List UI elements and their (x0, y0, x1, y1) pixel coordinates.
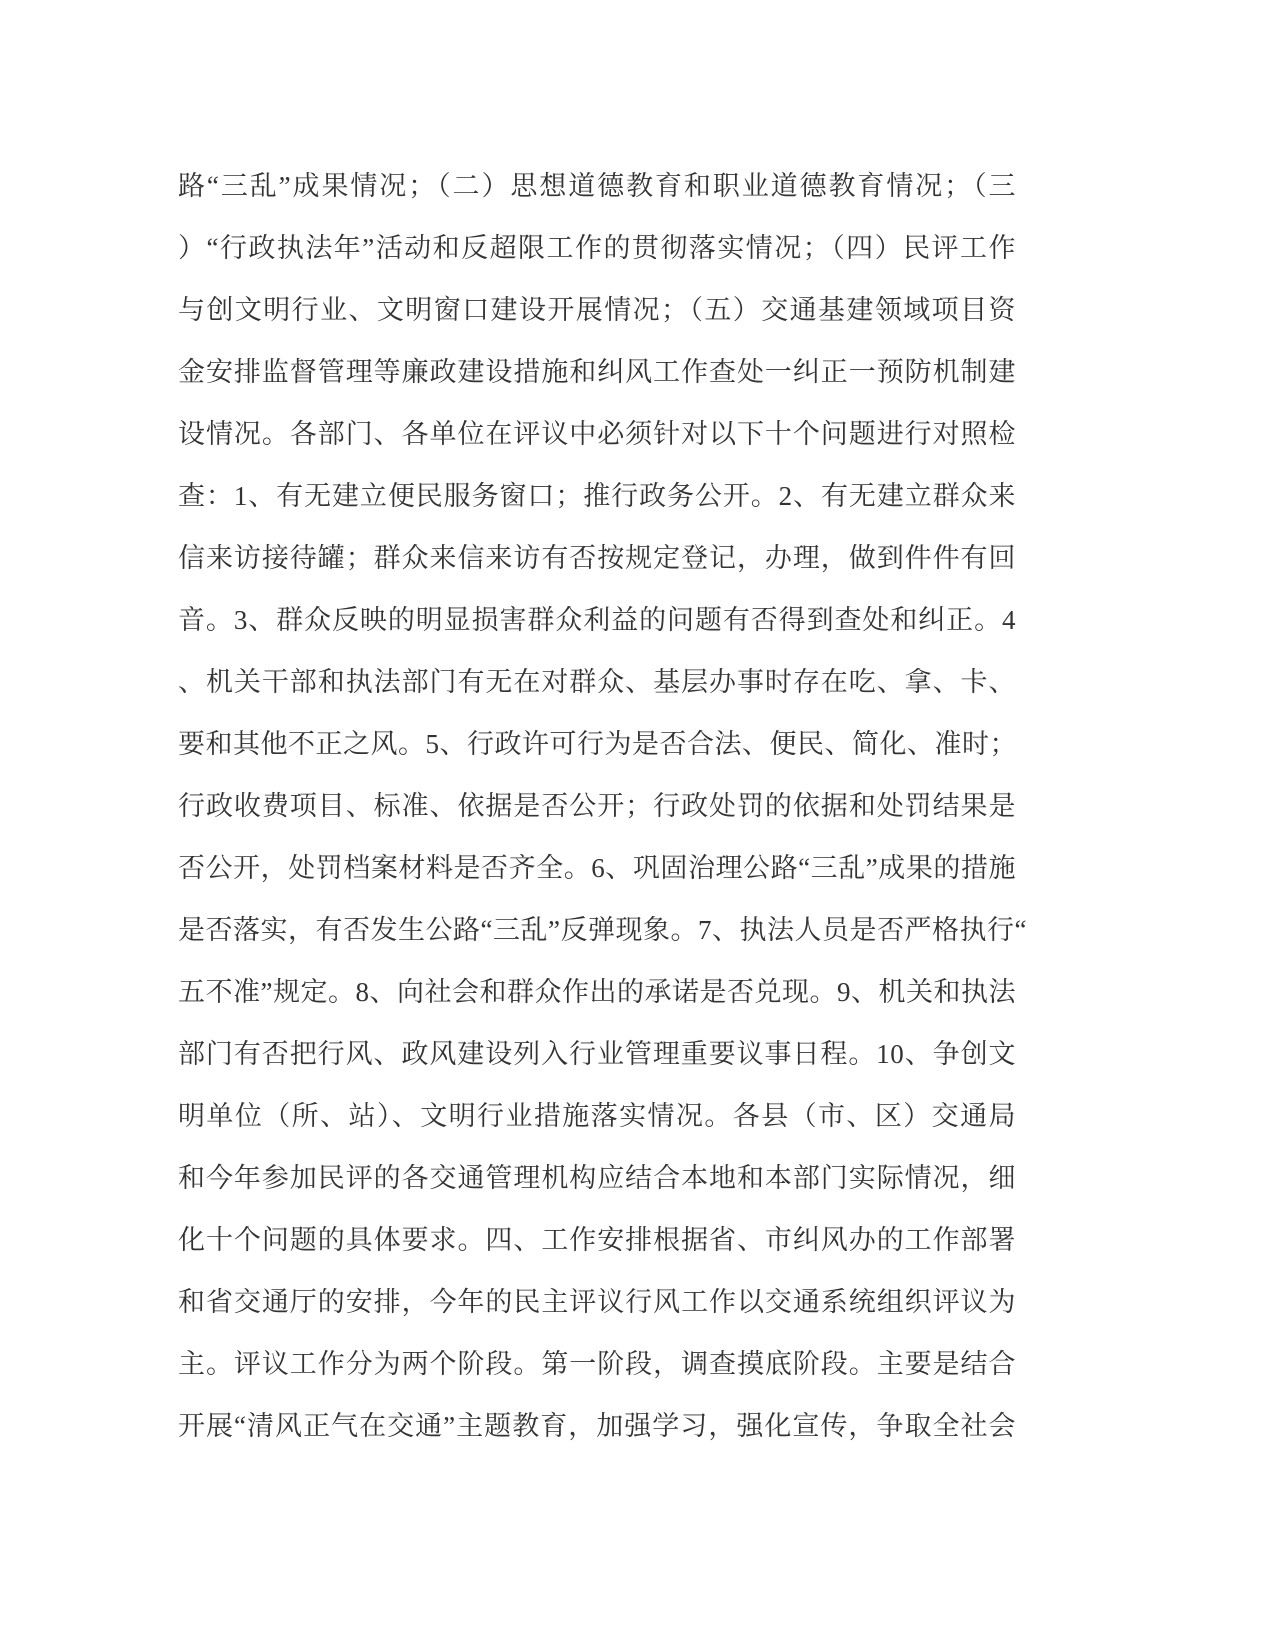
text-line: 、机关干部和执法部门有无在对群众、基层办事时存在吃、拿、卡、 (178, 651, 1016, 713)
text-line: 开展“清风正气在交通”主题教育，加强学习，强化宣传，争取全社会 (178, 1395, 1016, 1457)
text-line: ）“行政执法年”活动和反超限工作的贯彻落实情况；（四）民评工作 (178, 217, 1016, 279)
text-line: 否公开，处罚档案材料是否齐全。6、巩固治理公路“三乱”成果的措施 (178, 837, 1016, 899)
paragraph-text: 路“三乱”成果情况；（二）思想道德教育和职业道德教育情况；（三）“行政执法年”活… (178, 155, 1016, 1457)
text-line: 和今年参加民评的各交通管理机构应结合本地和本部门实际情况，细 (178, 1147, 1016, 1209)
text-line: 主。评议工作分为两个阶段。第一阶段，调查摸底阶段。主要是结合 (178, 1333, 1016, 1395)
text-line: 设情况。各部门、各单位在评议中必须针对以下十个问题进行对照检 (178, 403, 1016, 465)
text-line: 和省交通厅的安排，今年的民主评议行风工作以交通系统组织评议为 (178, 1271, 1016, 1333)
text-line: 行政收费项目、标准、依据是否公开；行政处罚的依据和处罚结果是 (178, 775, 1016, 837)
text-line: 化十个问题的具体要求。四、工作安排根据省、市纠风办的工作部署 (178, 1209, 1016, 1271)
text-line: 是否落实，有否发生公路“三乱”反弹现象。7、执法人员是否严格执行“ (178, 899, 1016, 961)
text-line: 明单位（所、站）、文明行业措施落实情况。各县（市、区）交通局 (178, 1085, 1016, 1147)
text-line: 金安排监督管理等廉政建设措施和纠风工作查处一纠正一预防机制建 (178, 341, 1016, 403)
text-line: 五不准”规定。8、向社会和群众作出的承诺是否兑现。9、机关和执法 (178, 961, 1016, 1023)
text-line: 查：1、有无建立便民服务窗口；推行政务公开。2、有无建立群众来 (178, 465, 1016, 527)
text-line: 路“三乱”成果情况；（二）思想道德教育和职业道德教育情况；（三 (178, 155, 1016, 217)
text-line: 音。3、群众反映的明显损害群众利益的问题有否得到查处和纠正。4 (178, 589, 1016, 651)
text-line: 部门有否把行风、政风建设列入行业管理重要议事日程。10、争创文 (178, 1023, 1016, 1085)
text-line: 信来访接待罐；群众来信来访有否按规定登记，办理，做到件件有回 (178, 527, 1016, 589)
text-line: 与创文明行业、文明窗口建设开展情况；（五）交通基建领域项目资 (178, 279, 1016, 341)
text-line: 要和其他不正之风。5、行政许可行为是否合法、便民、简化、准时； (178, 713, 1016, 775)
document-page: 路“三乱”成果情况；（二）思想道德教育和职业道德教育情况；（三）“行政执法年”活… (0, 0, 1275, 1650)
